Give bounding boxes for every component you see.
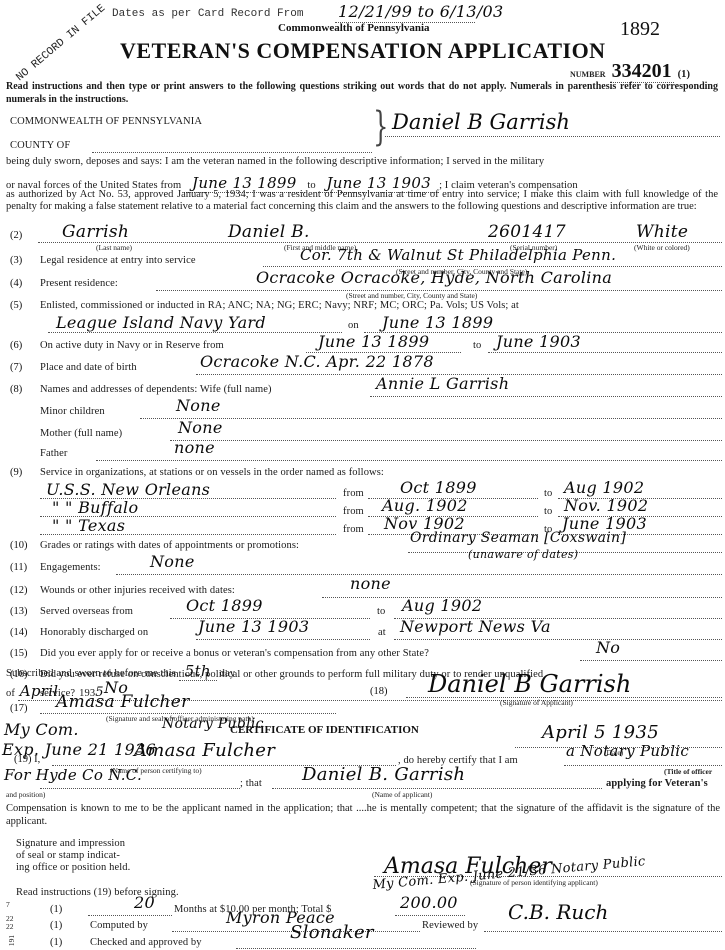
wife-value: Annie L Garrish: [376, 374, 509, 393]
q5-label: Enlisted, commissioned or inducted in RA…: [40, 300, 519, 311]
q9-num: (9): [10, 467, 22, 478]
officer-signature: Amasa Fulcher: [56, 692, 190, 712]
service-to: Aug 1902: [564, 478, 644, 497]
that-label: ; that: [240, 778, 262, 789]
form-title: VETERAN'S COMPENSATION APPLICATION: [120, 38, 606, 64]
row1-num: (1): [50, 904, 62, 915]
q12-num: (12): [10, 585, 28, 596]
service-to: Nov. 1902: [564, 496, 648, 515]
seal-label-3: ing office or position held.: [16, 862, 130, 873]
q5-on-label: on: [348, 320, 359, 331]
total-value: 200.00: [400, 893, 458, 912]
vessel-name: " " Texas: [52, 516, 125, 535]
q19-num: (19) I,: [14, 754, 40, 765]
certificate-heading: CERTIFICATE OF IDENTIFICATION: [230, 724, 419, 736]
q4-label: Present residence:: [40, 278, 118, 289]
service-from: Oct 1899: [400, 478, 477, 497]
q15-value: No: [596, 638, 620, 657]
of-label: of: [6, 688, 15, 699]
officer-title-label: (Title of officer: [664, 767, 712, 776]
certificate-body: Compensation is known to me to be the ap…: [6, 803, 720, 828]
q7-num: (7): [10, 362, 22, 373]
affidavit-line-1: being duly sworn, deposes and says: I am…: [6, 156, 544, 167]
months-value: 20: [134, 893, 155, 912]
to-label: to: [544, 488, 552, 499]
q14-date: June 13 1903: [198, 617, 309, 636]
q3-label: Legal residence at entry into service: [40, 255, 196, 266]
q14-at-label: at: [378, 627, 386, 638]
certificate-date: April 5 1935: [542, 722, 659, 743]
children-label: Minor children: [40, 406, 105, 417]
applicant-name: Daniel B. Garrish: [302, 764, 465, 785]
to-label: to: [544, 506, 552, 517]
margin-mark: 191: [7, 935, 16, 946]
day-value: 5th: [179, 662, 217, 681]
subscribed-line: Subscribed and sworn to before me this 5…: [6, 662, 235, 680]
row2-num: (1): [50, 920, 62, 931]
q10-label: Grades or ratings with dates of appointm…: [40, 540, 299, 551]
commission-note-1: My Com.: [4, 720, 79, 739]
last-name-value: Garrish: [62, 222, 129, 242]
q3-num: (3): [10, 255, 22, 266]
affidavit-line-3: as authorized by Act No. 53, approved Ja…: [6, 189, 718, 212]
card-record-label: Dates as per Card Record From: [112, 8, 303, 20]
q7-value: Ocracoke N.C. Apr. 22 1878: [200, 352, 434, 371]
position-label: and position): [6, 790, 45, 799]
q5-place: League Island Navy Yard: [56, 313, 266, 332]
q6-from: June 13 1899: [318, 332, 429, 351]
q14-label: Honorably discharged on: [40, 627, 148, 638]
q10-value-note: (unaware of dates): [468, 548, 578, 561]
margin-mark: 7: [6, 900, 10, 909]
q10-value: Ordinary Seaman [Coxswain]: [410, 530, 626, 546]
q11-value: None: [150, 552, 195, 571]
checked-value: Slonaker: [290, 922, 374, 943]
reviewed-value: C.B. Ruch: [508, 900, 608, 924]
applicant-name-label: (Name of applicant): [372, 790, 432, 799]
q15-label: Did you ever apply for or receive a bonu…: [40, 648, 429, 659]
applicant-signature-label: (Signature of Applicant): [500, 698, 573, 707]
q12-value: none: [350, 574, 391, 593]
no-record-stamp: NO RECORD IN FILE: [14, 3, 108, 84]
applying-text: applying for Veteran's: [606, 778, 708, 789]
race-label: (White or colored): [634, 243, 690, 252]
q6-to: June 1903: [496, 332, 581, 351]
from-label: from: [343, 488, 364, 499]
q13-label: Served overseas from: [40, 606, 133, 617]
mother-value: None: [178, 418, 223, 437]
q8-label: Names and addresses of dependents: Wife …: [40, 384, 272, 395]
commonwealth-header: Commonwealth of Pennsylvania: [278, 22, 430, 34]
number-label: NUMBER: [570, 70, 606, 79]
county-label: COUNTY OF: [10, 140, 70, 151]
from-label: from: [343, 506, 364, 517]
q5-date: June 13 1899: [382, 313, 493, 332]
q5-num: (5): [10, 300, 22, 311]
first-middle-value: Daniel B.: [228, 222, 310, 242]
reviewed-label: Reviewed by: [422, 920, 478, 931]
row3-num: (1): [50, 937, 62, 948]
vessel-name: U.S.S. New Orleans: [46, 480, 210, 499]
affiant-name: Daniel B Garrish: [392, 110, 570, 134]
q6-num: (6): [10, 340, 22, 351]
service-from: Aug. 1902: [382, 496, 468, 515]
day-label: day: [220, 668, 235, 679]
q13-to-label: to: [377, 606, 385, 617]
q8-num: (8): [10, 384, 22, 395]
serial-value: 2601417: [488, 222, 566, 242]
q6-to-label: to: [473, 340, 481, 351]
q10-num: (10): [10, 540, 28, 551]
computed-label: Computed by: [90, 920, 148, 931]
children-value: None: [176, 396, 221, 415]
number-ref: (1): [678, 69, 691, 80]
father-label: Father: [40, 448, 67, 459]
vessel-name: " " Buffalo: [52, 498, 138, 517]
q2-num: (2): [10, 230, 22, 241]
father-value: none: [174, 438, 215, 457]
card-record-dates: 12/21/99 to 6/13/03: [338, 2, 503, 21]
q4-value: Ocracoke Ocracoke, Hyde, North Carolina: [256, 268, 612, 287]
commonwealth-label: COMMONWEALTH OF PENNSYLVANIA: [10, 116, 202, 127]
q4-num: (4): [10, 278, 22, 289]
mother-label: Mother (full name): [40, 428, 122, 439]
applicant-signature: Daniel B Garrish: [428, 670, 631, 698]
last-name-label: (Last name): [96, 243, 132, 252]
from-label: from: [343, 524, 364, 535]
q12-label: Wounds or other injuries received with d…: [40, 585, 235, 596]
county-field[interactable]: [92, 152, 372, 153]
brace: }: [373, 104, 388, 150]
race-value: White: [636, 222, 688, 242]
q13-num: (13): [10, 606, 28, 617]
margin-mark: 22: [6, 922, 14, 931]
officer-title-value: a Notary Public: [566, 742, 689, 760]
checked-label: Checked and approved by: [90, 937, 202, 948]
q15-num: (15): [10, 648, 28, 659]
subscribed-text: Subscribed and sworn to before me this: [6, 668, 176, 679]
q14-num: (14): [10, 627, 28, 638]
q9-label: Service in organizations, at stations or…: [40, 467, 384, 478]
seal-label-1: Signature and impression: [16, 838, 125, 849]
q11-num: (11): [10, 562, 27, 573]
seal-label-2: of seal or stamp indicat-: [16, 850, 120, 861]
q17-num: (17): [10, 703, 28, 714]
certifier-name: Amasa Fulcher: [134, 740, 275, 761]
q11-label: Engagements:: [40, 562, 101, 573]
q18-num: (18): [370, 686, 388, 697]
q6-label: On active duty in Navy or in Reserve fro…: [40, 340, 224, 351]
file-number: 1892: [620, 18, 660, 41]
q13-to: Aug 1902: [402, 596, 482, 615]
q3-value: Cor. 7th & Walnut St Philadelphia Penn.: [300, 246, 616, 264]
instructions-text: Read instructions and then type or print…: [6, 80, 718, 106]
name-person-label: (Name of person certifying to): [110, 766, 202, 775]
q4-sublabel: (Street and number, City, County and Sta…: [346, 291, 477, 300]
q13-from: Oct 1899: [186, 596, 263, 615]
q14-place: Newport News Va: [400, 617, 551, 636]
q7-label: Place and date of birth: [40, 362, 137, 373]
